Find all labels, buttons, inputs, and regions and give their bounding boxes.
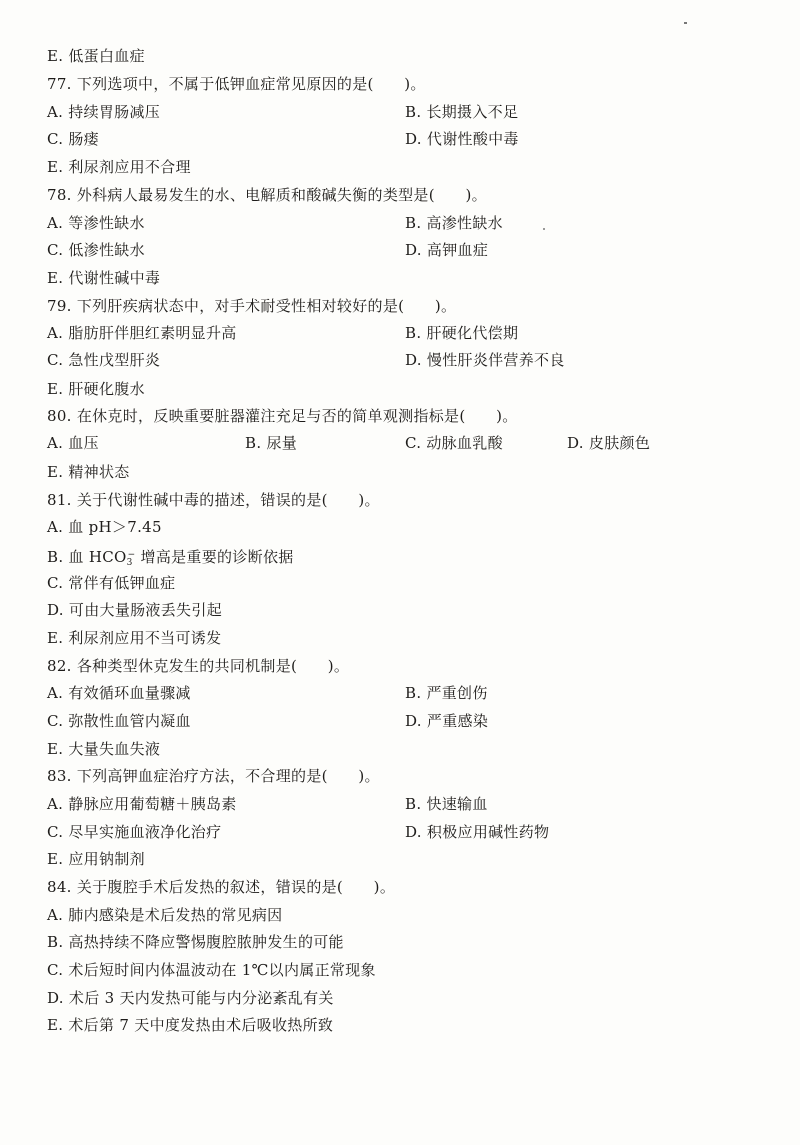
question-81-stem: 81. 关于代谢性碱中毒的描述，错误的是( )。 — [47, 487, 380, 513]
option-c: C. 急性戊型肝炎 — [47, 347, 160, 373]
option-a: A. 肺内感染是术后发热的常见病因 — [47, 902, 282, 928]
question-77-options-row-1: A. 持续胃肠减压 B. 长期摄入不足 — [0, 99, 800, 125]
question-79-options-row-1: A. 脂肪肝伴胆红素明显升高 B. 肝硬化代偿期 — [0, 320, 800, 346]
option-d: D. 皮肤颜色 — [567, 430, 650, 456]
question-83-stem: 83. 下列高钾血症治疗方法，不合理的是( )。 — [47, 763, 380, 789]
option-a: A. 持续胃肠减压 — [47, 99, 160, 125]
option-b: B. 尿量 — [245, 430, 297, 456]
option-c: C. 术后短时间内体温波动在 1℃以内属正常现象 — [47, 957, 376, 983]
option-b: B. 高渗性缺水 — [405, 210, 503, 236]
option-c: C. 常伴有低钾血症 — [47, 570, 175, 596]
option-e: E. 应用钠制剂 — [47, 846, 145, 872]
option-e: E. 大量失血失液 — [47, 736, 160, 762]
option-b: B. 血 HCO3− 增高是重要的诊断依据 — [47, 542, 294, 568]
question-82-stem: 82. 各种类型休克发生的共同机制是( )。 — [47, 653, 349, 679]
question-78-options-row-1: A. 等渗性缺水 B. 高渗性缺水 — [0, 210, 800, 236]
option-e: E. 肝硬化腹水 — [47, 376, 145, 402]
option-c: C. 动脉血乳酸 — [405, 430, 503, 456]
option-b: B. 肝硬化代偿期 — [405, 320, 518, 346]
option-b: B. 快速输血 — [405, 791, 488, 817]
question-82-options-row-1: A. 有效循环血量骤减 B. 严重创伤 — [0, 680, 800, 706]
question-84-stem: 84. 关于腹腔手术后发热的叙述，错误的是( )。 — [47, 874, 395, 900]
option-d: D. 严重感染 — [405, 708, 488, 734]
option-d: D. 术后 3 天内发热可能与内分泌紊乱有关 — [47, 985, 334, 1011]
question-82-options-row-2: C. 弥散性血管内凝血 D. 严重感染 — [0, 708, 800, 734]
option-e: E. 利尿剂应用不当可诱发 — [47, 625, 221, 651]
question-83-options-row-2: C. 尽早实施血液净化治疗 D. 积极应用碱性药物 — [0, 819, 800, 845]
option-a: A. 等渗性缺水 — [47, 210, 145, 236]
option-d: D. 积极应用碱性药物 — [405, 819, 549, 845]
question-77-options-row-2: C. 肠瘘 D. 代谢性酸中毒 — [0, 126, 800, 152]
question-80-stem: 80. 在休克时，反映重要脏器灌注充足与否的简单观测指标是( )。 — [47, 403, 518, 429]
option-e: E. 术后第 7 天中度发热由术后吸收热所致 — [47, 1012, 333, 1038]
question-77-stem: 77. 下列选项中，不属于低钾血症常见原因的是( )。 — [47, 71, 426, 97]
option-b-prefix: B. 血 HCO — [47, 548, 127, 566]
question-78-options-row-2: C. 低渗性缺水 D. 高钾血症 — [0, 237, 800, 263]
carryover-option: E. 低蛋白血症 — [47, 43, 145, 69]
question-80-options-row: A. 血压 B. 尿量 C. 动脉血乳酸 D. 皮肤颜色 — [0, 430, 800, 456]
option-a: A. 血压 — [47, 430, 99, 456]
option-e: E. 利尿剂应用不合理 — [47, 154, 191, 180]
option-d: D. 可由大量肠液丢失引起 — [47, 597, 222, 623]
option-a: A. 有效循环血量骤减 — [47, 680, 191, 706]
option-b-rest: 增高是重要的诊断依据 — [135, 548, 293, 566]
option-d: D. 代谢性酸中毒 — [405, 126, 519, 152]
option-d: D. 高钾血症 — [405, 237, 488, 263]
option-b: B. 严重创伤 — [405, 680, 488, 706]
option-b: B. 长期摄入不足 — [405, 99, 518, 125]
question-79-stem: 79. 下列肝疾病状态中，对手术耐受性相对较好的是( )。 — [47, 293, 456, 319]
option-d: D. 慢性肝炎伴营养不良 — [405, 347, 565, 373]
option-c: C. 弥散性血管内凝血 — [47, 708, 191, 734]
option-e: E. 精神状态 — [47, 459, 130, 485]
scan-speck — [684, 22, 687, 24]
option-c: C. 肠瘘 — [47, 126, 99, 152]
option-b: B. 高热持续不降应警惕腹腔脓肿发生的可能 — [47, 929, 344, 955]
option-a: A. 血 pH＞7.45 — [47, 514, 162, 540]
option-e: E. 代谢性碱中毒 — [47, 265, 160, 291]
question-83-options-row-1: A. 静脉应用葡萄糖＋胰岛素 B. 快速输血 — [0, 791, 800, 817]
question-78-stem: 78. 外科病人最易发生的水、电解质和酸碱失衡的类型是( )。 — [47, 182, 487, 208]
exam-page: E. 低蛋白血症 77. 下列选项中，不属于低钾血症常见原因的是( )。 A. … — [0, 0, 800, 1145]
option-c: C. 尽早实施血液净化治疗 — [47, 819, 221, 845]
option-a: A. 静脉应用葡萄糖＋胰岛素 — [47, 791, 237, 817]
option-c: C. 低渗性缺水 — [47, 237, 145, 263]
question-79-options-row-2: C. 急性戊型肝炎 D. 慢性肝炎伴营养不良 — [0, 347, 800, 373]
option-a: A. 脂肪肝伴胆红素明显升高 — [47, 320, 237, 346]
